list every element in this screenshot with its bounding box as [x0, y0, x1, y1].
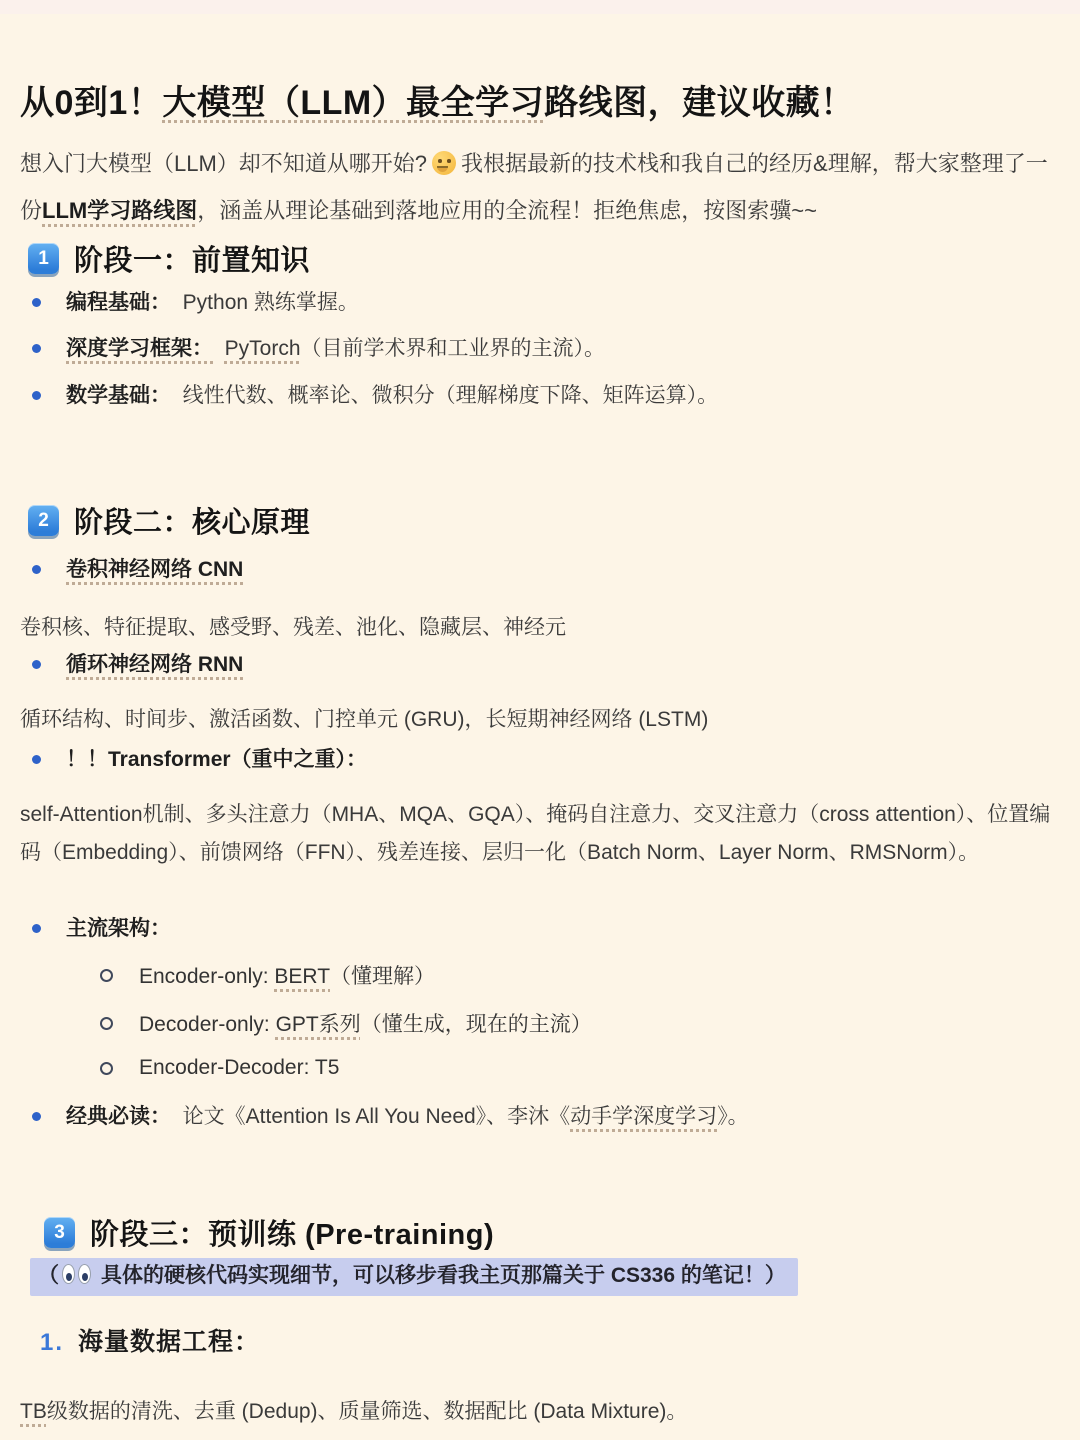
section1-header: 1 阶段一：前置知识 — [28, 238, 310, 279]
list-item: 数学基础： 线性代数、概率论、微积分（理解梯度下降、矩阵运算）。 — [32, 381, 718, 410]
bullet-text: 线性代数、概率论、微积分（理解梯度下降、矩阵运算）。 — [183, 384, 719, 407]
bullet-dot-icon — [32, 1112, 41, 1121]
bullet-dot-icon — [32, 755, 41, 764]
bullet-label: 深度学习框架： — [66, 337, 213, 360]
arch-item-text2: （懂生成，现在的主流） — [361, 1013, 592, 1036]
subheading-title: 海量数据工程： — [78, 1322, 260, 1358]
sub-list-item: Encoder-only: BERT（懂理解） — [100, 960, 435, 990]
sub-list-item: Encoder-Decoder: T5 — [100, 1056, 339, 1080]
subheading-number: 1. — [40, 1329, 64, 1357]
detail-keyword: TB — [20, 1400, 47, 1423]
highlighted-note: （具体的硬核代码实现细节，可以移步看我主页那篇关于 CS336 的笔记！） — [30, 1258, 798, 1296]
bullet-dot-icon — [32, 391, 41, 400]
bullet-dot-icon — [32, 298, 41, 307]
note-text-1: （ — [38, 1264, 59, 1287]
hollow-bullet-icon — [100, 1017, 113, 1030]
list-item: 卷积神经网络 CNN — [32, 555, 243, 584]
intro-bold-keyword: LLM学习路线图 — [42, 198, 197, 223]
bullet-label: 数学基础： — [66, 384, 171, 407]
arch-item-text: Encoder-only: — [139, 965, 274, 988]
hollow-bullet-icon — [100, 969, 113, 982]
keycap-2-icon: 2 — [28, 505, 59, 536]
bullet-dot-icon — [32, 924, 41, 933]
bullet-text: Python 熟练掌握。 — [183, 291, 359, 314]
transformer-label: ！！Transformer（重中之重）： — [66, 748, 367, 771]
bullet-text: （目前学术界和工业界的主流）。 — [301, 337, 606, 360]
top-strip — [0, 0, 1080, 14]
bullet-dot-icon — [32, 344, 41, 353]
bullet-dot-icon — [32, 565, 41, 574]
list-item: 编程基础： Python 熟练掌握。 — [32, 288, 359, 317]
list-item: ！！Transformer（重中之重）： — [32, 745, 367, 774]
arch-label: 主流架构： — [66, 917, 171, 940]
rnn-label: 循环神经网络 RNN — [66, 653, 243, 676]
transformer-detail: self-Attention机制、多头注意力（MHA、MQA、GQA）、掩码自注… — [20, 796, 1065, 872]
detail-text: 级数据的清洗、去重 (Dedup)、质量筛选、数据配比 (Data Mixtur… — [47, 1400, 688, 1423]
page-title: 从0到1！大模型（LLM）最全学习路线图，建议收藏！ — [20, 81, 1060, 127]
list-item: 深度学习框架： PyTorch（目前学术界和工业界的主流）。 — [32, 334, 605, 363]
classic-text: 论文《Attention Is All You Need》、李沐《 — [183, 1105, 571, 1128]
bullet-dot-icon — [32, 660, 41, 669]
note-text-2: 具体的硬核代码实现细节，可以移步看我主页那篇关于 CS336 的笔记！） — [101, 1264, 786, 1287]
eyes-icon — [62, 1264, 93, 1285]
keycap-1-icon: 1 — [28, 243, 59, 274]
classic-label: 经典必读： — [66, 1105, 171, 1128]
intro-text-3: ，涵盖从理论基础到落地应用的全流程！拒绝焦虑，按图索骥~~ — [197, 198, 817, 223]
arch-item-keyword: GPT系列 — [276, 1013, 361, 1036]
arch-item-text: Encoder-Decoder: T5 — [139, 1056, 339, 1079]
bullet-keyword: PyTorch — [225, 337, 301, 360]
thinking-face-icon — [432, 151, 456, 175]
title-part2: 大模型（LLM）最全学习 — [162, 84, 544, 122]
bullet-label: 编程基础： — [66, 291, 171, 314]
arch-item-text2: （懂理解） — [330, 965, 435, 988]
cnn-label: 卷积神经网络 CNN — [66, 558, 243, 581]
arch-item-text: Decoder-only: — [139, 1013, 276, 1036]
hollow-bullet-icon — [100, 1062, 113, 1075]
arch-item-keyword: BERT — [274, 965, 330, 988]
section3-title: 阶段三：预训练 (Pre-training) — [90, 1212, 494, 1253]
intro-paragraph: 想入门大模型（LLM）却不知道从哪开始?我根据最新的技术栈和我自己的经历&理解，… — [20, 140, 1064, 234]
classic-text2: 》。 — [717, 1105, 749, 1128]
title-part1: 从0到1！ — [20, 84, 162, 122]
list-item: 循环神经网络 RNN — [32, 650, 243, 679]
classic-keyword: 动手学深度学习 — [570, 1105, 717, 1128]
rnn-detail: 循环结构、时间步、激活函数、门控单元 (GRU)，长短期神经网络 (LSTM) — [20, 701, 1065, 739]
list-item: 主流架构： — [32, 914, 171, 943]
section2-title: 阶段二：核心原理 — [74, 500, 310, 541]
cnn-detail: 卷积核、特征提取、感受野、残差、池化、隐藏层、神经元 — [20, 609, 1065, 647]
section1-title: 阶段一：前置知识 — [74, 238, 310, 279]
list-item: 经典必读： 论文《Attention Is All You Need》、李沐《动… — [32, 1102, 749, 1131]
numbered-subheading: 1. 海量数据工程： — [40, 1322, 260, 1358]
intro-text-1: 想入门大模型（LLM）却不知道从哪开始? — [20, 151, 427, 176]
section2-header: 2 阶段二：核心原理 — [28, 500, 310, 541]
title-part3: 路线图，建议收藏！ — [544, 84, 855, 122]
keycap-3-icon: 3 — [44, 1217, 75, 1248]
section3-header: 3 阶段三：预训练 (Pre-training) — [44, 1212, 494, 1253]
pretraining-detail: TB级数据的清洗、去重 (Dedup)、质量筛选、数据配比 (Data Mixt… — [20, 1393, 1065, 1431]
sub-list-item: Decoder-only: GPT系列（懂生成，现在的主流） — [100, 1008, 592, 1038]
